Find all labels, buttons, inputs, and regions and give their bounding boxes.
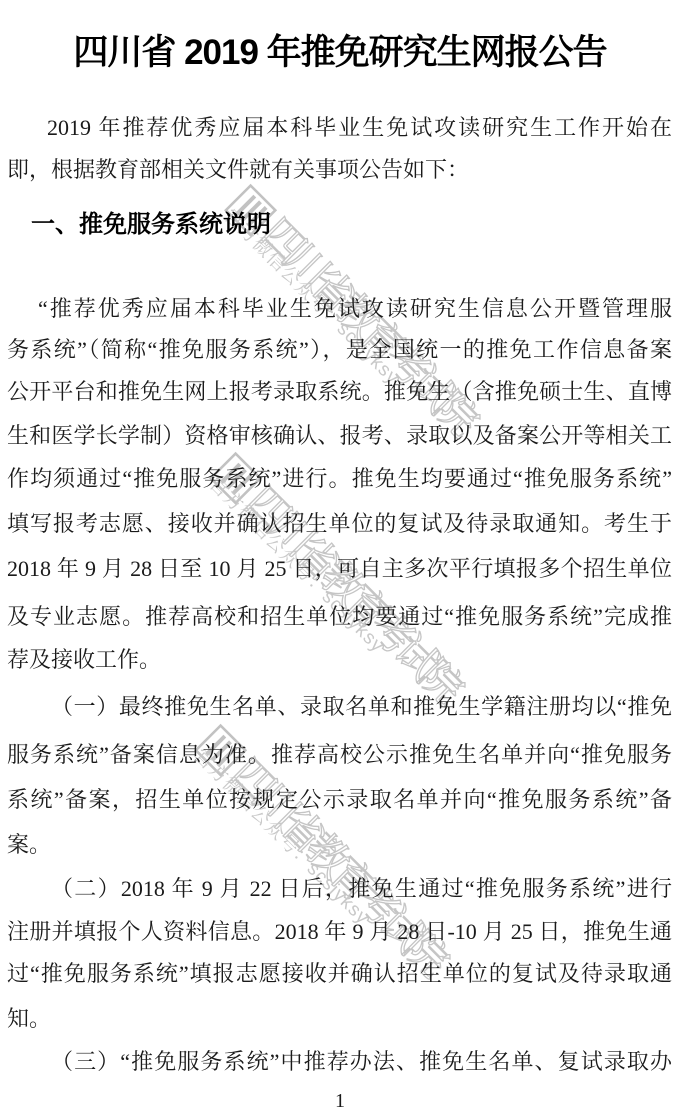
- doc-line: 案。: [7, 829, 672, 860]
- doc-line: 过“推免服务系统”填报志愿接收并确认招生单位的复试及待录取通: [7, 958, 672, 989]
- doc-line: 2019 年推荐优秀应届本科毕业生免试攻读研究生工作开始在: [7, 112, 672, 143]
- doc-line: “推荐优秀应届本科毕业生免试攻读研究生信息公开暨管理服: [7, 293, 672, 324]
- doc-line: （一）最终推免生名单、录取名单和推免生学籍注册均以“推免: [7, 691, 672, 722]
- doc-line: 及专业志愿。推荐高校和招生单位均要通过“推免服务系统”完成推: [7, 601, 672, 632]
- doc-line: 系统”备案，招生单位按规定公示录取名单并向“推免服务系统”备: [7, 784, 672, 815]
- section-1-heading: 一、推免服务系统说明: [7, 208, 672, 242]
- watermark-account-line: 官方微信公众号：scsjyksy: [190, 746, 429, 985]
- doc-line: 公开平台和推免生网上报考录取系统。推免生（含推免硕士生、直博: [7, 376, 672, 407]
- doc-line: 务系统”（简称“推免服务系统”），是全国统一的推免工作信息备案: [7, 334, 672, 365]
- doc-line: 填写报考志愿、接收并确认招生单位的复试及待录取通知。考生于: [7, 508, 672, 539]
- doc-line: 即，根据教育部相关文件就有关事项公告如下：: [7, 154, 672, 185]
- doc-line: 2018 年 9 月 28 日至 10 月 25 日，可自主多次平行填报多个招生…: [7, 553, 672, 584]
- doc-line: （三）“推免服务系统”中推荐办法、推免生名单、复试录取办: [7, 1046, 672, 1077]
- page-title: 四川省 2019 年推免研究生网报公告: [0, 29, 680, 77]
- doc-line: 注册并填报个人资料信息。2018 年 9 月 28 日-10 月 25 日，推免…: [7, 916, 672, 947]
- doc-line: 作均须通过“推免服务系统”进行。推免生均要通过“推免服务系统”: [7, 463, 672, 494]
- doc-line: （二）2018 年 9 月 22 日后，推免生通过“推免服务系统”进行: [7, 873, 672, 904]
- doc-line: 荐及接收工作。: [7, 644, 672, 675]
- page-number: 1: [0, 1089, 680, 1113]
- doc-line: 生和医学长学制）资格审核确认、报考、录取以及备案公开等相关工: [7, 420, 672, 451]
- doc-line: 服务系统”备案信息为准。推荐高校公示推免生名单并向“推免服务: [7, 739, 672, 770]
- document-page: 四川省教育考试院 官方微信公众号：scsjyksy 四川省教育考试院 官方微信公…: [0, 0, 680, 1113]
- doc-line: 知。: [7, 1003, 672, 1034]
